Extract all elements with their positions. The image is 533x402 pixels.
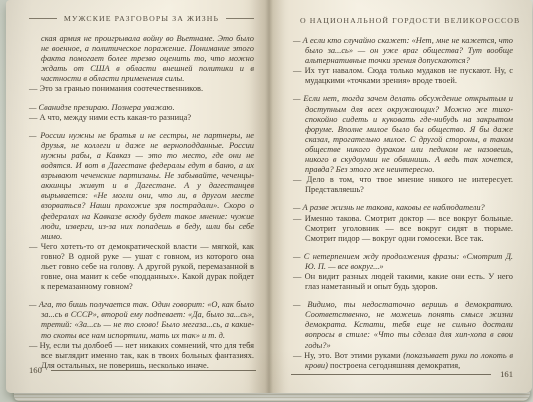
dialogue-text: — Он видит разных людей такими, какие он… [293, 272, 513, 291]
dialogue-line: — А если кто случайно скажет: «Нет, мне … [305, 36, 513, 66]
right-header-title: О НАЦИОНАЛЬНОЙ ГОРДОСТИ ВЕЛИКОРОССОВ [300, 16, 520, 25]
dialogue-text: — России нужны не братья и не сестры, не… [29, 131, 254, 241]
footer-rule [51, 370, 256, 371]
left-page-footer: 160 [29, 365, 256, 375]
dialogue-line: — Ага, то бишь получается так. Один гово… [41, 300, 254, 340]
book-spread: МУЖСКИЕ РАЗГОВОРЫ ЗА ЖИЗНЬ ская армия не… [6, 0, 532, 393]
dialogue-line: — А что, между ними есть какая-то разниц… [41, 113, 254, 123]
footer-rule [291, 374, 491, 375]
dialogue-text: — А разве жизнь не такова, каковы ее наб… [293, 203, 485, 212]
left-running-head: МУЖСКИЕ РАЗГОВОРЫ ЗА ЖИЗНЬ [29, 14, 254, 23]
dialogue-line: — Видимо, ты недостаточно веришь в демок… [305, 300, 513, 350]
left-text-block: ская армия не проигрывала войну во Вьетн… [29, 34, 254, 371]
dialogue-line: — Он видит разных людей такими, какие он… [305, 272, 513, 292]
dialogue-line: — России нужны не братья и не сестры, не… [41, 131, 254, 242]
dialogue-line: — Это за гранью понимания соотечественни… [41, 84, 254, 94]
dialogue-line: — Если нет, тогда зачем делать обсуждени… [305, 94, 513, 175]
dialogue-line: — Чего хотеть-то от демократической влас… [41, 242, 254, 292]
dialogue-text: — Именно такова. Смотрит доктор — все во… [293, 214, 513, 243]
dialogue-text: — Если нет, тогда зачем делать обсуждени… [293, 94, 513, 174]
book-photo: МУЖСКИЕ РАЗГОВОРЫ ЗА ЖИЗНЬ ская армия не… [0, 0, 533, 402]
left-page: МУЖСКИЕ РАЗГОВОРЫ ЗА ЖИЗНЬ ская армия не… [6, 0, 269, 393]
right-page-footer: 161 [291, 369, 513, 379]
dialogue-text: ская армия не проигрывала войну во Вьетн… [41, 34, 254, 83]
dialogue-text: — А если кто случайно скажет: «Нет, мне … [293, 36, 513, 65]
dialogue-line: — Дело в том, что твое мнение никого не … [305, 175, 513, 195]
left-page-number: 160 [29, 365, 42, 375]
dialogue-text: — Это за гранью понимания соотечественни… [29, 84, 203, 93]
header-rule-left [29, 18, 57, 19]
dialogue-line: — С нетерпением жду продолжения фразы: «… [305, 252, 513, 272]
header-rule-right [226, 18, 254, 19]
dialogue-line: — Ну, это. Вот этими руками (показывает … [305, 351, 513, 371]
dialogue-line: — А разве жизнь не такова, каковы ее наб… [305, 203, 513, 213]
dialogue-text: — Ага, то бишь получается так. Один гово… [29, 300, 254, 339]
dialogue-text: — Их тут навалом. Сюда только мудаков не… [293, 66, 513, 85]
right-text-block: — А если кто случайно скажет: «Нет, мне … [293, 36, 513, 371]
dialogue-line: — Их тут навалом. Сюда только мудаков не… [305, 66, 513, 86]
dialogue-text: — Сванидзе презираю. Познера уважаю. [29, 103, 175, 112]
right-page-number: 161 [500, 369, 513, 379]
dialogue-line: — Именно такова. Смотрит доктор — все во… [305, 214, 513, 244]
dialogue-line: — Сванидзе презираю. Познера уважаю. [41, 103, 254, 113]
left-header-title: МУЖСКИЕ РАЗГОВОРЫ ЗА ЖИЗНЬ [64, 14, 219, 23]
dialogue-text: — Чего хотеть-то от демократической влас… [29, 242, 254, 291]
dialogue-text: — С нетерпением жду продолжения фразы: «… [293, 252, 513, 271]
right-running-head: О НАЦИОНАЛЬНОЙ ГОРДОСТИ ВЕЛИКОРОССОВ [293, 16, 513, 25]
dialogue-text: — Дело в том, что твое мнение никого не … [293, 175, 513, 194]
dialogue-line: ская армия не проигрывала войну во Вьетн… [41, 34, 254, 84]
dialogue-text: — Видимо, ты недостаточно веришь в демок… [293, 300, 513, 349]
right-page: О НАЦИОНАЛЬНОЙ ГОРДОСТИ ВЕЛИКОРОССОВ — А… [269, 0, 532, 393]
dialogue-text: — Ну, это. Вот этими руками [293, 351, 403, 360]
dialogue-text: — А что, между ними есть какая-то разниц… [29, 113, 191, 122]
